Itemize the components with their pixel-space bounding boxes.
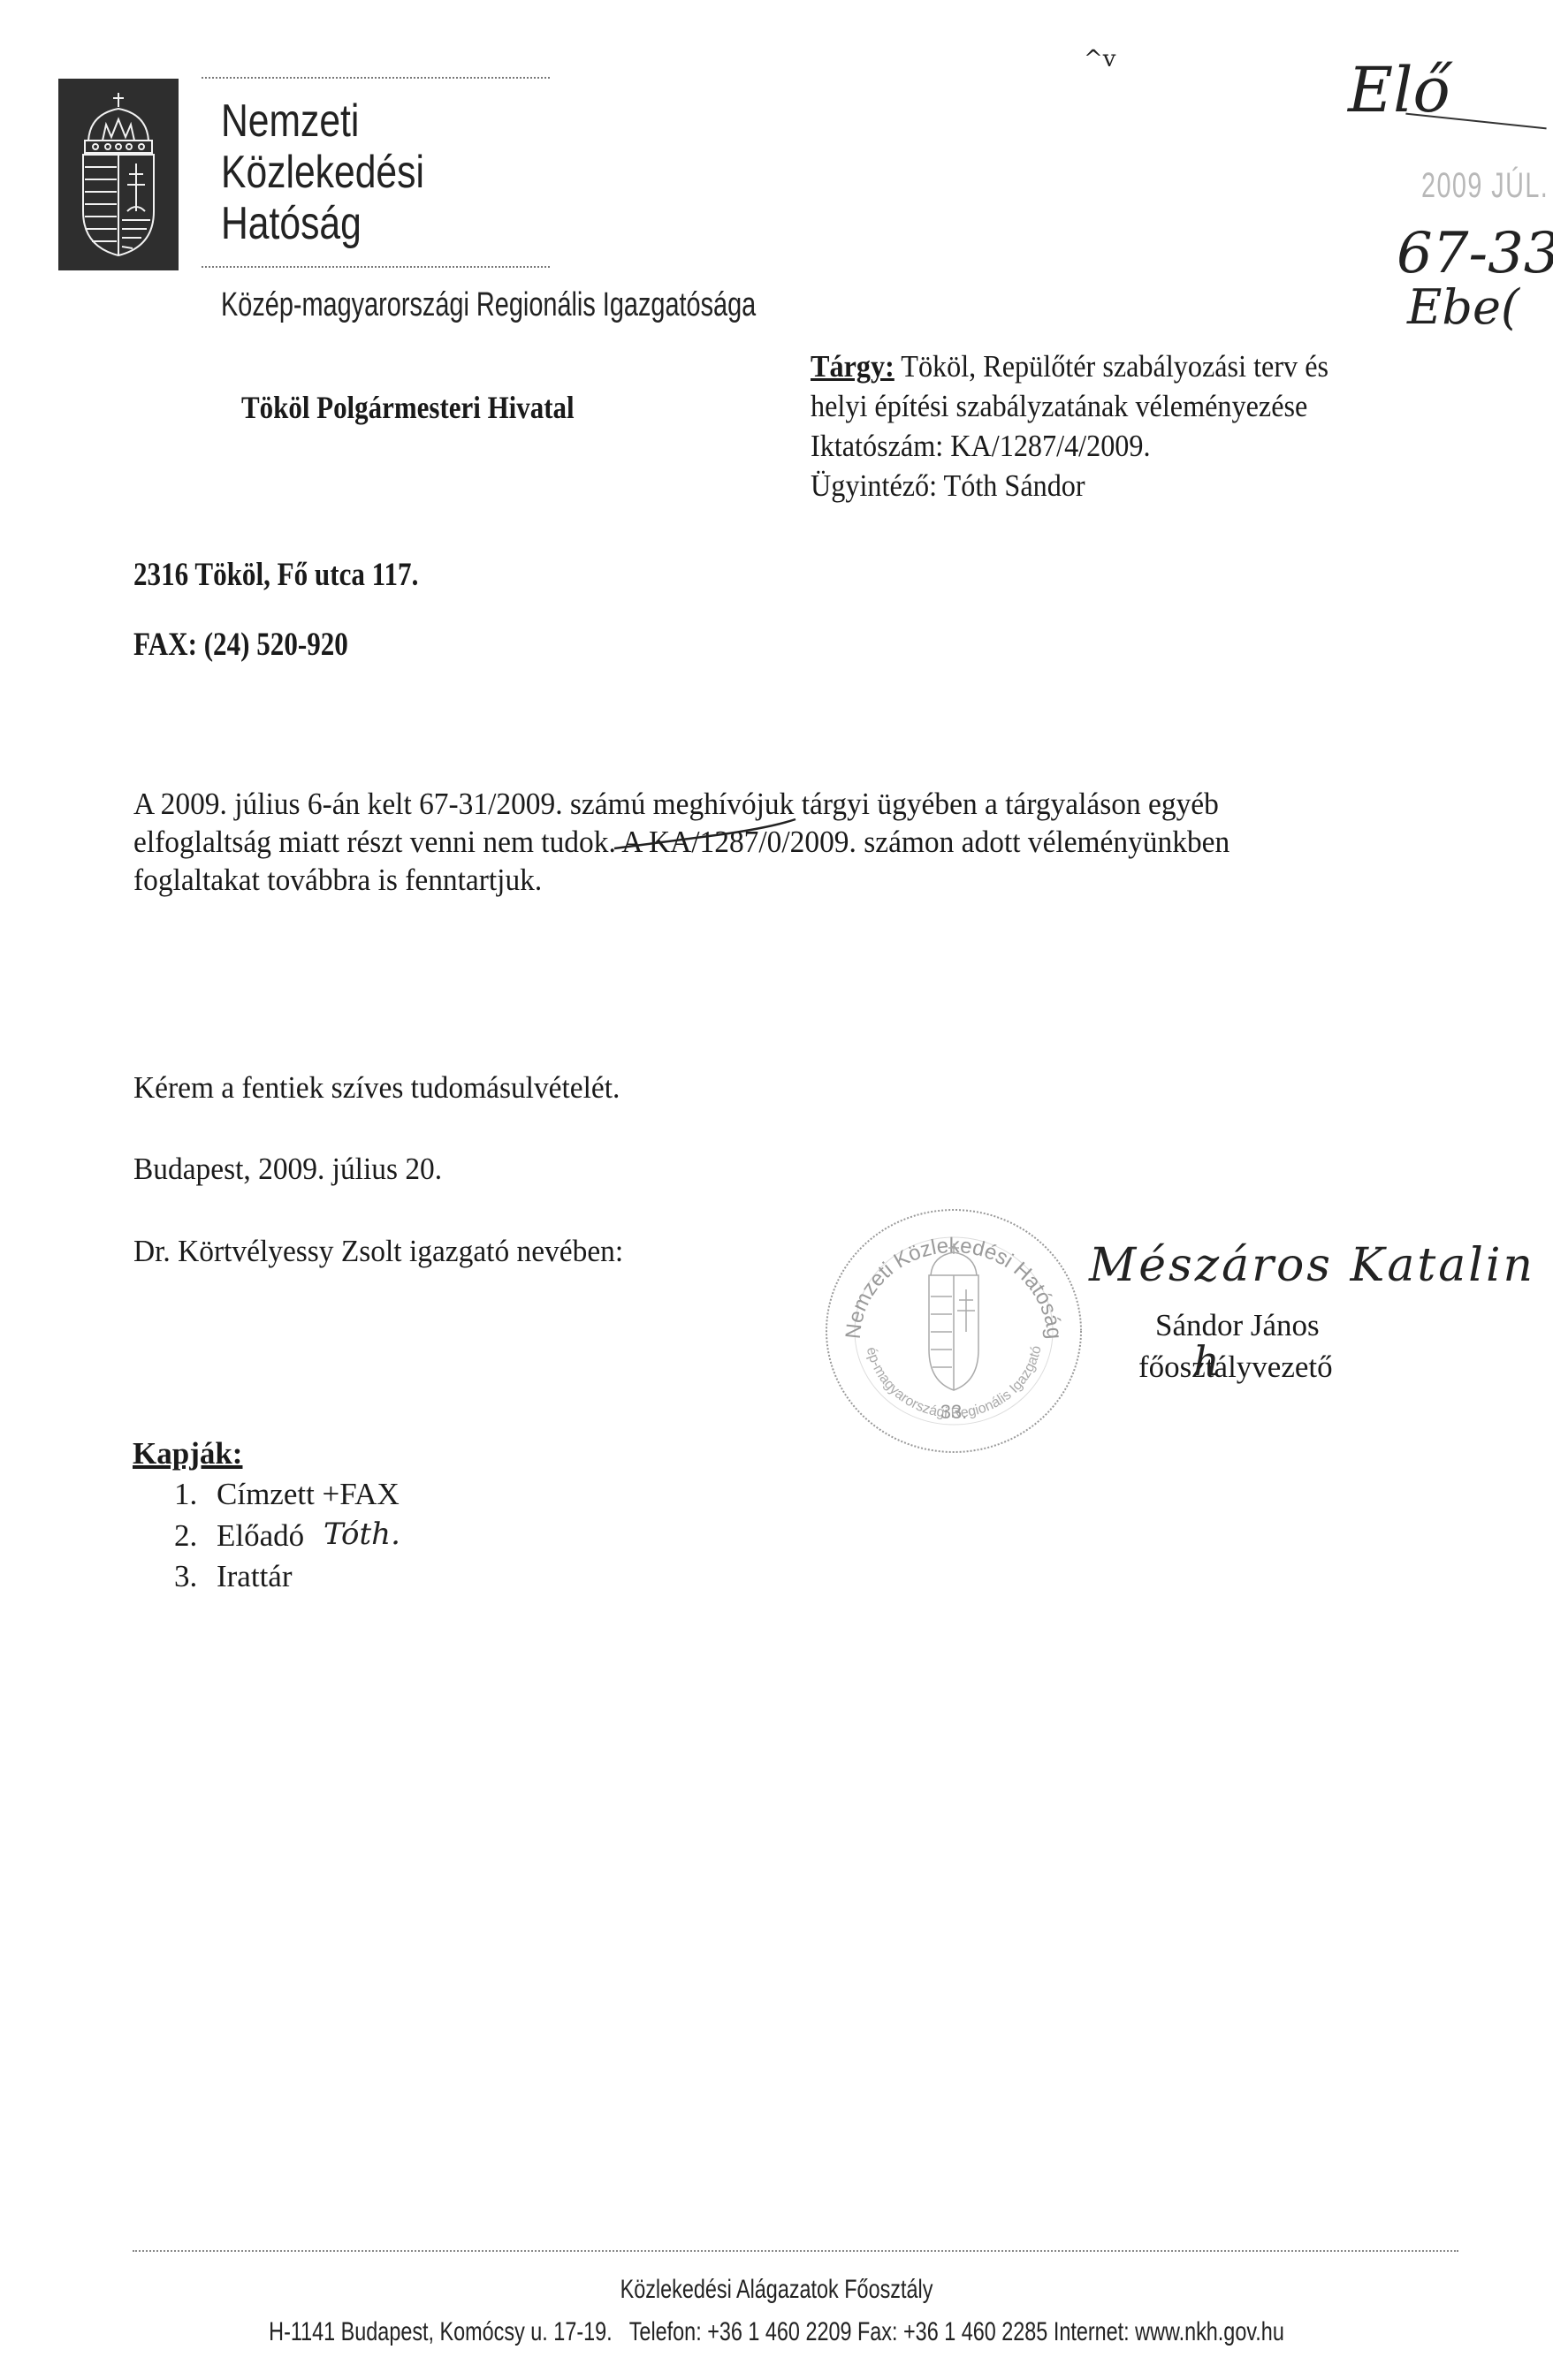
subject-line-2: helyi építési szabályzatának véleményezé… (811, 386, 1328, 426)
subject-text: Tököl, Repülőtér szabályozási terv és (894, 349, 1328, 384)
regional-directorate: Közép-magyarországi Regionális Igazgatós… (221, 285, 756, 324)
distribution-item-note: Tóth. (324, 1517, 400, 1552)
pen-stroke-mark (610, 817, 804, 853)
letterhead-bottom-rule (202, 266, 550, 268)
received-date-stamp: 2009 JÚL. (1421, 166, 1549, 206)
distribution-item-number: 2. (174, 1518, 197, 1554)
coat-of-arms-logo-icon (58, 79, 179, 270)
footer-department: Közlekedési Alágazatok Főosztály (171, 2275, 1382, 2305)
footer-rule (133, 2250, 1458, 2252)
signatory-initial: h (1193, 1339, 1220, 1383)
distribution-item-number: 1. (174, 1477, 197, 1512)
distribution-item-text: Előadó (217, 1518, 304, 1554)
subject-block: Tárgy: Tököl, Repülőtér szabályozási ter… (811, 346, 1328, 506)
stamp-number: 33. (940, 1401, 968, 1423)
org-name-line-3: Hatóság (221, 198, 424, 249)
signatory-title: főosztályvezető (1138, 1350, 1333, 1385)
subject-label: Tárgy: (811, 349, 894, 384)
handwritten-signature: Mészáros Katalin (1089, 1239, 1535, 1292)
handwritten-note: Ebe( (1407, 281, 1519, 334)
filing-number: 67-33/( (1397, 223, 1553, 285)
on-behalf-line: Dr. Körtvélyessy Zsolt igazgató nevében: (133, 1234, 623, 1269)
distribution-title: Kapják: (133, 1436, 242, 1471)
official-round-stamp: Nemzeti Közlekedési Hatóság Közép-magyar… (825, 1208, 1083, 1454)
signatory-name: Sándor János (1155, 1308, 1320, 1343)
top-check-mark: ^v (1084, 46, 1115, 72)
paragraph-line: foglaltakat továbbra is fenntartjuk. (133, 861, 1229, 899)
handwritten-initials: Elő (1348, 55, 1450, 125)
distribution-item-number: 3. (174, 1559, 197, 1594)
recipient-fax: FAX: (24) 520-920 (133, 610, 418, 680)
letterhead-top-rule (202, 77, 550, 79)
recipient-name: Tököl Polgármesteri Hivatal (241, 389, 575, 426)
reference-number: Iktatószám: KA/1287/4/2009. (811, 426, 1328, 466)
place-date: Budapest, 2009. július 20. (133, 1152, 442, 1187)
recipient-contact: 2316 Tököl, Fő utca 117. FAX: (24) 520-9… (133, 540, 418, 680)
recipient-address: 2316 Tököl, Fő utca 117. (133, 540, 418, 610)
organization-name: Nemzeti Közlekedési Hatóság (221, 95, 424, 249)
org-name-line-2: Közlekedési (221, 147, 424, 198)
distribution-item-text: Irattár (217, 1559, 292, 1594)
distribution-item-text: Címzett +FAX (217, 1477, 400, 1512)
footer-contact: H-1141 Budapest, Komócsy u. 17-19. Telef… (171, 2317, 1382, 2347)
case-handler: Ügyintéző: Tóth Sándor (811, 466, 1328, 506)
request-line: Kérem a fentiek szíves tudomásulvételét. (133, 1070, 620, 1106)
subject-line: Tárgy: Tököl, Repülőtér szabályozási ter… (811, 346, 1328, 386)
org-name-line-1: Nemzeti (221, 95, 424, 147)
